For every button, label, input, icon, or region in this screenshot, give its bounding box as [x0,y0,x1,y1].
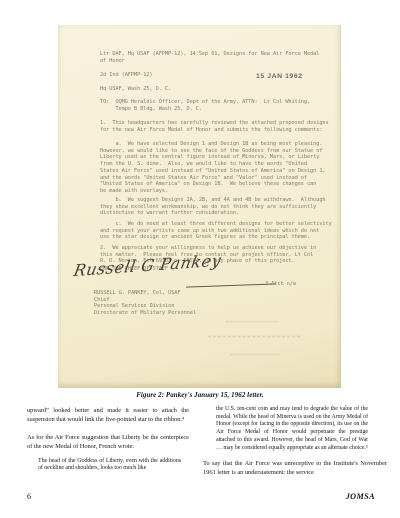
signature-block: RUSSELL G. PANKEY, Col, USAF Chief Perso… [94,290,196,317]
date-received-stamp: 15 JAN 1962 [256,73,303,80]
letter-paragraph-1: 1. This headquarters has carefully revie… [100,120,329,133]
letter-scan: Ltr DAF, Hq USAF (AFPMP-12), 14 Sep 61, … [58,25,341,388]
faint-stamp-mark [208,336,300,337]
body-paragraph-continuation: upward” looked better and made it easier… [27,406,189,425]
right-column: the U.S. ten-cent coin and may tend to d… [203,406,387,478]
page-number: 6 [27,492,31,501]
journal-page: Ltr DAF, Hq USAF (AFPMP-12), 14 Sep 61, … [0,0,400,518]
letter-paragraph-a: a. We have selected Design 1 and Design … [100,141,326,195]
body-paragraph: To say that the Air Force was unreceptiv… [203,459,387,478]
faint-stamp-mark [226,321,278,322]
attachments-note: 3 Atch n/a [265,281,296,288]
body-paragraph: As for the Air Force suggestion that Lib… [27,433,189,452]
letter-headquarters-line: Hq USAF, Wash 25, D. C. [100,86,171,93]
block-quote-continuation: the U.S. ten-cent coin and may tend to d… [216,406,368,452]
figure-caption: Figure 2: Pankey's January 15, 1962 lett… [0,392,400,399]
block-quote: The head of the Goddess of Liberty, even… [38,458,181,473]
letter-paragraph-b: b. We suggest Designs 2A, 2B, and 4A and… [100,197,326,217]
letter-addressee-block: TO: OQMG Heraldic Officer, Dept of the A… [100,99,310,112]
letter-indorsement-line: 2d Ind (AFPMP-12) [100,72,153,79]
letter-paragraph-c: c. We do need at least three different d… [100,221,332,241]
journal-name: JOMSA [290,492,375,501]
faint-stamp-mark [230,354,280,355]
signature-flourish-line [186,283,276,287]
left-column: upward” looked better and made it easier… [27,406,189,473]
letter-reference-line: Ltr DAF, Hq USAF (AFPMP-12), 14 Sep 61, … [100,51,319,64]
